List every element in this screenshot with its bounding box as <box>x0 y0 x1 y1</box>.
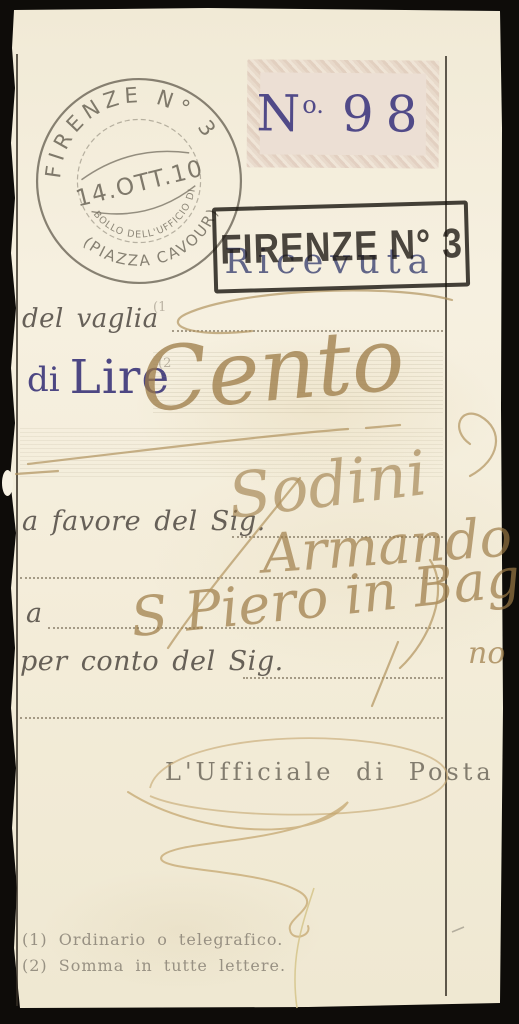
left-margin-rule <box>16 54 18 1006</box>
dotted-line-conto <box>243 677 443 679</box>
receipt-number-n: N <box>256 84 302 142</box>
footnote-ref-1: (1 <box>153 300 166 315</box>
label-a-favore: a favore del Sig. <box>22 506 266 537</box>
boxed-postmark-text: FIRENZE N° 3 <box>219 220 463 274</box>
handwritten-place-wrap: no <box>468 636 505 671</box>
boxed-postmark: FIRENZE N° 3 <box>212 200 470 293</box>
receipt-number-ordinal: o. <box>302 91 324 119</box>
label-di: di <box>27 360 60 400</box>
label-per-conto: per conto del Sig. <box>20 646 284 677</box>
receipt-number-label: No.98 <box>247 59 440 168</box>
dotted-line-lower <box>20 717 443 719</box>
footnote-1: (1) Ordinario o telegrafico. <box>22 930 283 949</box>
label-a: a <box>26 598 43 629</box>
receipt-number-value: 98 <box>342 85 430 144</box>
label-post-official: L'Ufficiale di Posta <box>165 758 495 786</box>
footnote-2: (2) Somma in tutte lettere. <box>22 956 286 975</box>
receipt-number-label-inner: No.98 <box>260 72 427 155</box>
receipt-number: No.98 <box>256 84 429 143</box>
scanned-receipt: No.98 FIRENZE N° 3 (PIAZZA CAVOUR) BOLLO… <box>0 0 519 1024</box>
paper-edge-chip <box>2 470 13 496</box>
